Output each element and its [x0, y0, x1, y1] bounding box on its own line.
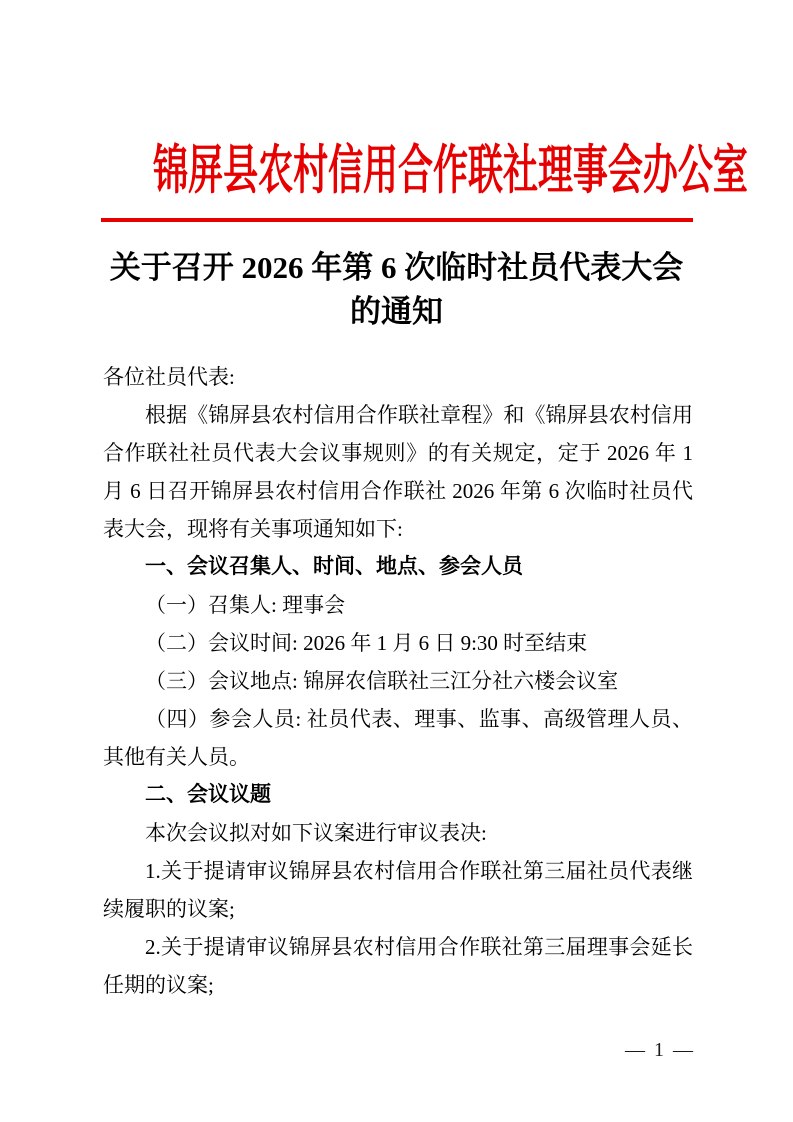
- document-body: 各位社员代表: 根据《锦屏县农村信用合作联社章程》和《锦屏县农村信用合作联社社员…: [103, 358, 693, 1004]
- page-number: — 1 —: [625, 1039, 695, 1062]
- letterhead: 锦屏县农村信用合作联社理事会办公室: [0, 140, 793, 202]
- section1-item-attendees: （四）参会人员: 社员代表、理事、监事、高级管理人员、其他有关人员。: [103, 700, 693, 776]
- document-title-line2: 的通知: [0, 290, 793, 334]
- motion-1: 1.关于提请审议锦屏县农村信用合作联社第三届社员代表继续履职的议案;: [103, 852, 693, 928]
- salutation: 各位社员代表:: [103, 358, 693, 396]
- motion-2: 2.关于提请审议锦屏县农村信用合作联社第三届理事会延长任期的议案;: [103, 928, 693, 1004]
- letterhead-org-name: 锦屏县农村信用合作联社理事会办公室: [153, 140, 748, 202]
- section1-item-time: （二）会议时间: 2026 年 1 月 6 日 9:30 时至结束: [103, 624, 693, 662]
- section2-heading: 二、会议议题: [103, 776, 693, 814]
- document-title: 关于召开 2026 年第 6 次临时社员代表大会 的通知: [0, 246, 793, 334]
- section2-lead: 本次会议拟对如下议案进行审议表决:: [103, 814, 693, 852]
- document-page: 锦屏县农村信用合作联社理事会办公室 关于召开 2026 年第 6 次临时社员代表…: [0, 0, 793, 1122]
- letterhead-divider-line: [101, 218, 693, 222]
- section1-heading: 一、会议召集人、时间、地点、参会人员: [103, 548, 693, 586]
- section1-item-convener: （一）召集人: 理事会: [103, 586, 693, 624]
- section1-item-location: （三）会议地点: 锦屏农信联社三江分社六楼会议室: [103, 662, 693, 700]
- intro-paragraph: 根据《锦屏县农村信用合作联社章程》和《锦屏县农村信用合作联社社员代表大会议事规则…: [103, 396, 693, 548]
- document-title-line1: 关于召开 2026 年第 6 次临时社员代表大会: [0, 246, 793, 290]
